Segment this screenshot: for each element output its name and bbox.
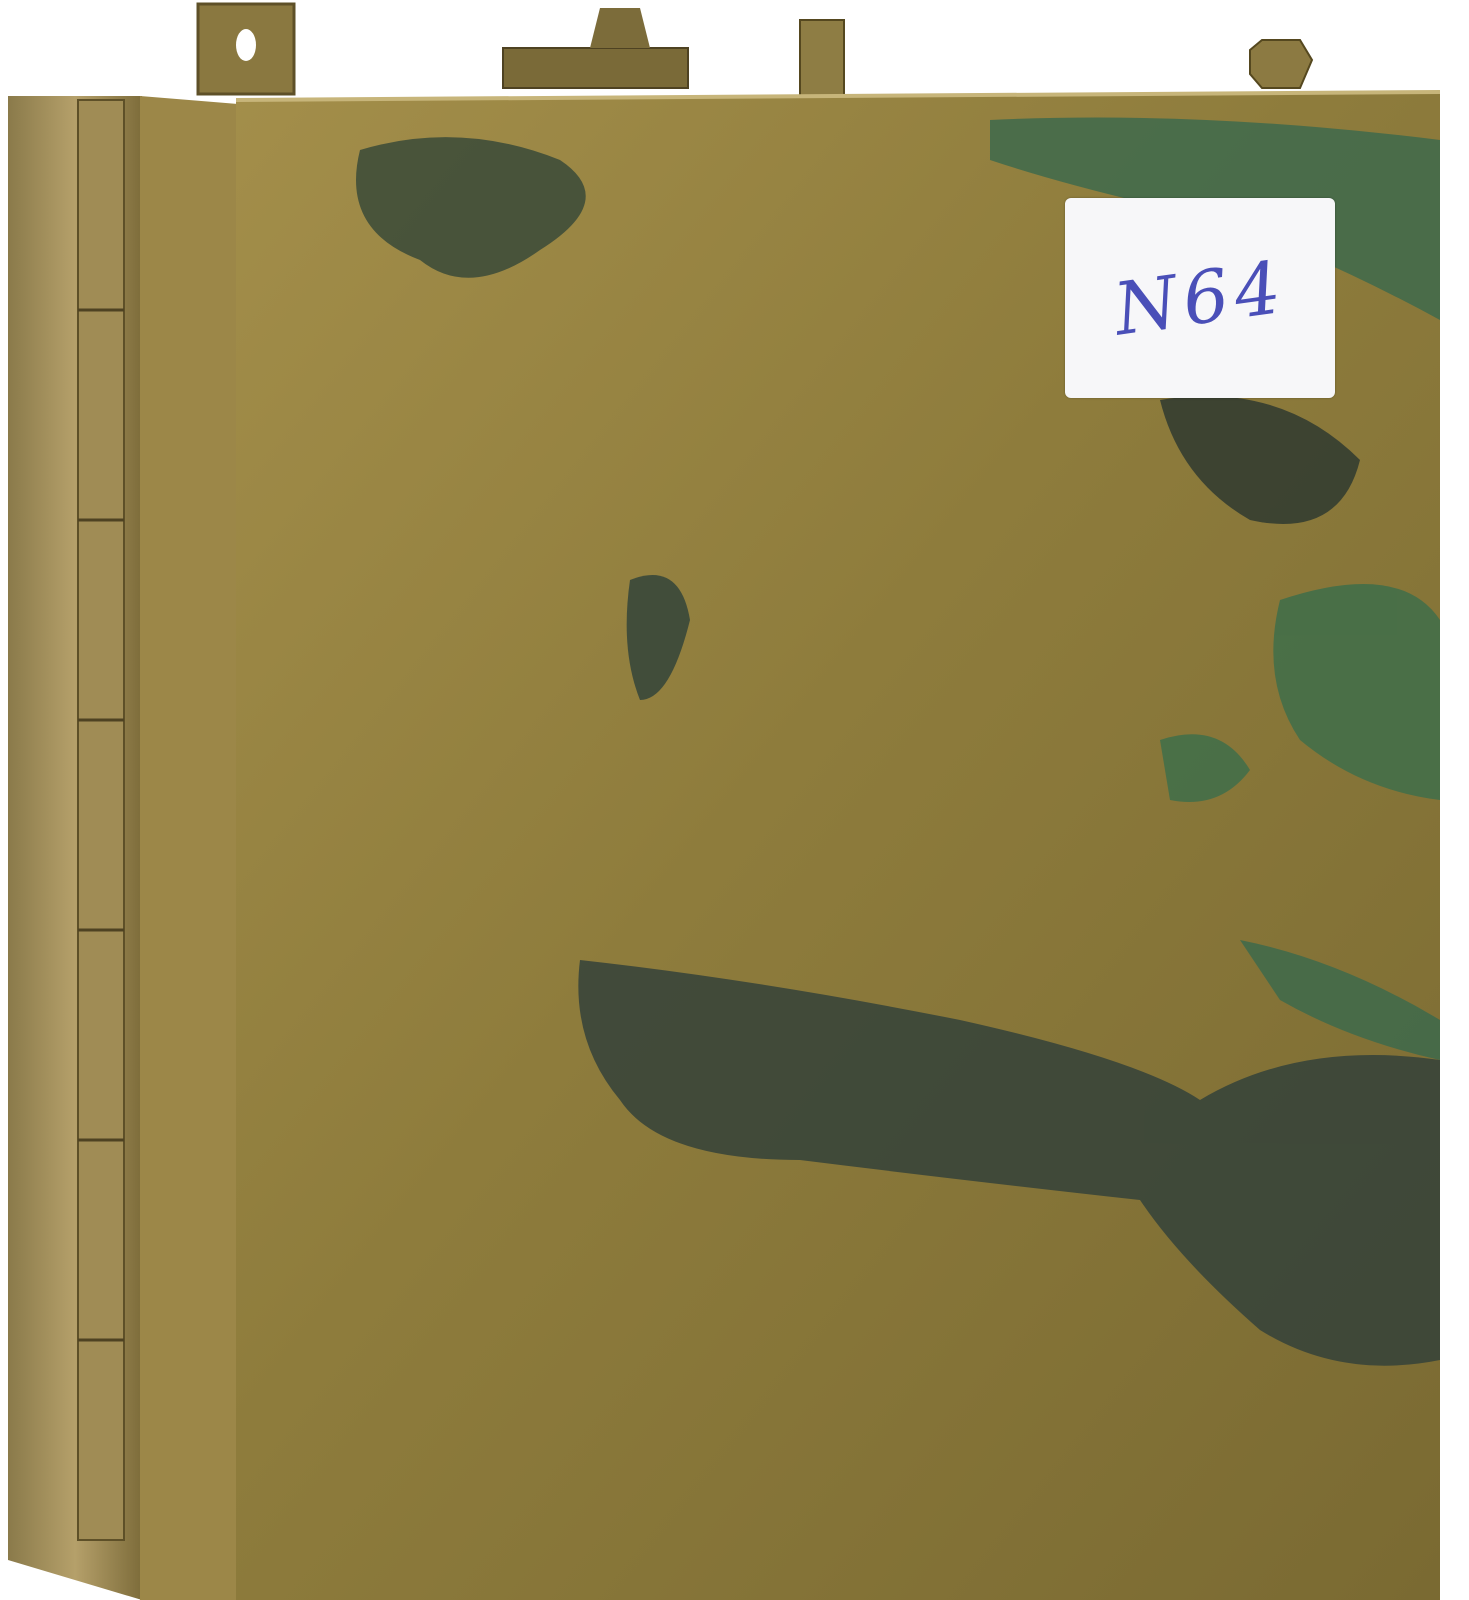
inventory-label: N64 [1065, 198, 1335, 398]
hinge [78, 100, 124, 1540]
label-text: N64 [1109, 244, 1292, 351]
top-fittings [198, 4, 1312, 104]
